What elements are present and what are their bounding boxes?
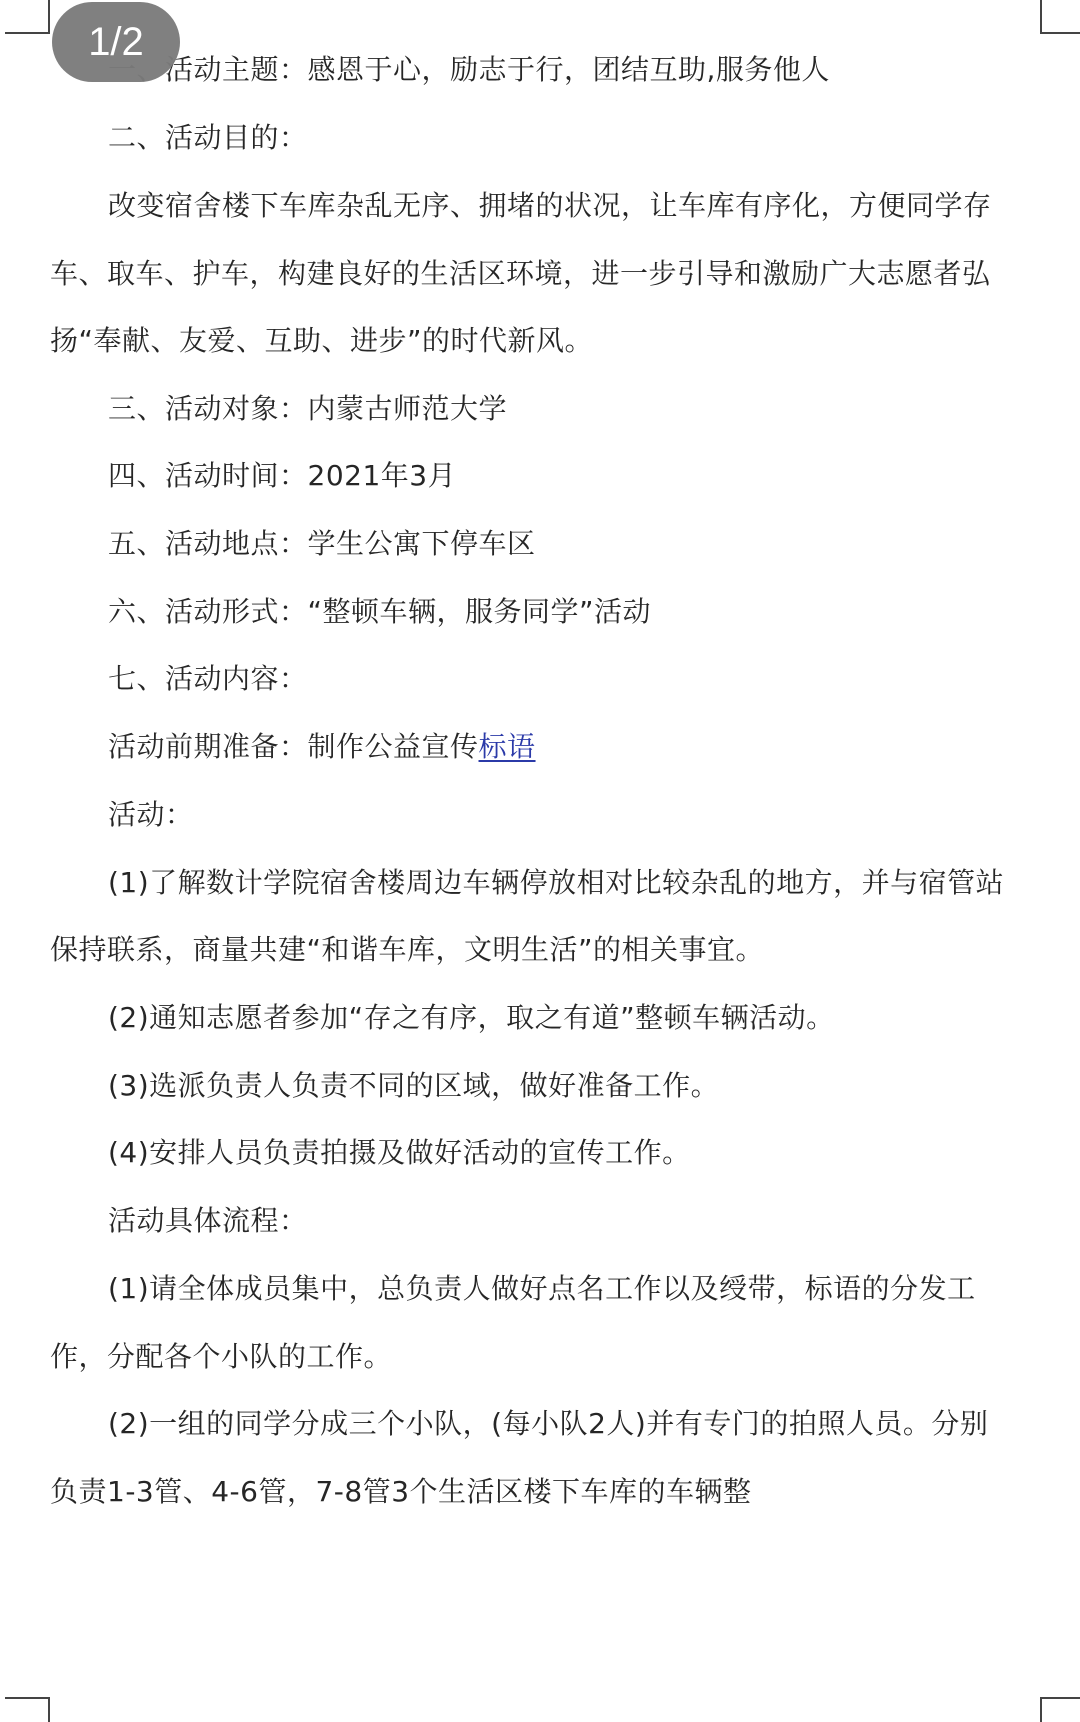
preparation-line: 活动前期准备：制作公益宣传标语 (108, 727, 536, 767)
purpose-paragraph-line-1: 改变宿舍楼下车库杂乱无序、拥堵的状况，让车库有序化，方便同学存 (108, 186, 992, 226)
activity-item-1-line-1: (1)了解数计学院宿舍楼周边车辆停放相对比较杂乱的地方，并与宿管站 (108, 863, 1004, 903)
slogan-link[interactable]: 标语 (479, 730, 536, 763)
process-step-1-line-1: (1)请全体成员集中，总负责人做好点名工作以及绶带，标语的分发工 (108, 1269, 976, 1309)
process-step-2-line-2: 负责1-3管、4-6管，7-8管3个生活区楼下车库的车辆整 (50, 1472, 752, 1512)
section-time: 四、活动时间：2021年3月 (108, 456, 456, 496)
section-theme: 一、活动主题：感恩于心，励志于行，团结互助,服务他人 (108, 50, 830, 90)
section-format: 六、活动形式：“整顿车辆，服务同学”活动 (108, 592, 651, 632)
crop-mark-top-right-vertical (1040, 0, 1042, 34)
activity-heading: 活动： (108, 795, 194, 835)
process-heading: 活动具体流程： (108, 1201, 308, 1241)
crop-mark-bottom-right-horizontal (1040, 1697, 1080, 1699)
crop-mark-top-left-horizontal (5, 32, 50, 34)
page-indicator: 1/2 (52, 2, 180, 82)
crop-mark-bottom-left-vertical (48, 1697, 50, 1722)
purpose-paragraph-line-3: 扬“奉献、友爱、互助、进步”的时代新风。 (50, 321, 593, 361)
preparation-text: 活动前期准备：制作公益宣传 (108, 730, 479, 763)
crop-mark-bottom-left-horizontal (5, 1697, 50, 1699)
section-location: 五、活动地点：学生公寓下停车区 (108, 524, 536, 564)
purpose-paragraph-line-2: 车、取车、护车，构建良好的生活区环境，进一步引导和激励广大志愿者弘 (50, 254, 991, 294)
process-step-2-line-1: (2)一组的同学分成三个小队，(每小队2人)并有专门的拍照人员。分别 (108, 1404, 988, 1444)
crop-mark-bottom-right-vertical (1040, 1697, 1042, 1722)
crop-mark-top-left-vertical (48, 0, 50, 34)
activity-item-4: (4)安排人员负责拍摄及做好活动的宣传工作。 (108, 1133, 691, 1173)
activity-item-2: (2)通知志愿者参加“存之有序，取之有道”整顿车辆活动。 (108, 998, 835, 1038)
section-target: 三、活动对象：内蒙古师范大学 (108, 389, 507, 429)
crop-mark-top-right-horizontal (1040, 32, 1080, 34)
activity-item-1-line-2: 保持联系，商量共建“和谐车库，文明生活”的相关事宜。 (50, 930, 764, 970)
section-content-heading: 七、活动内容： (108, 659, 308, 699)
activity-item-3: (3)选派负责人负责不同的区域，做好准备工作。 (108, 1066, 719, 1106)
process-step-1-line-2: 作，分配各个小队的工作。 (50, 1337, 392, 1377)
section-purpose-heading: 二、活动目的： (108, 118, 308, 158)
